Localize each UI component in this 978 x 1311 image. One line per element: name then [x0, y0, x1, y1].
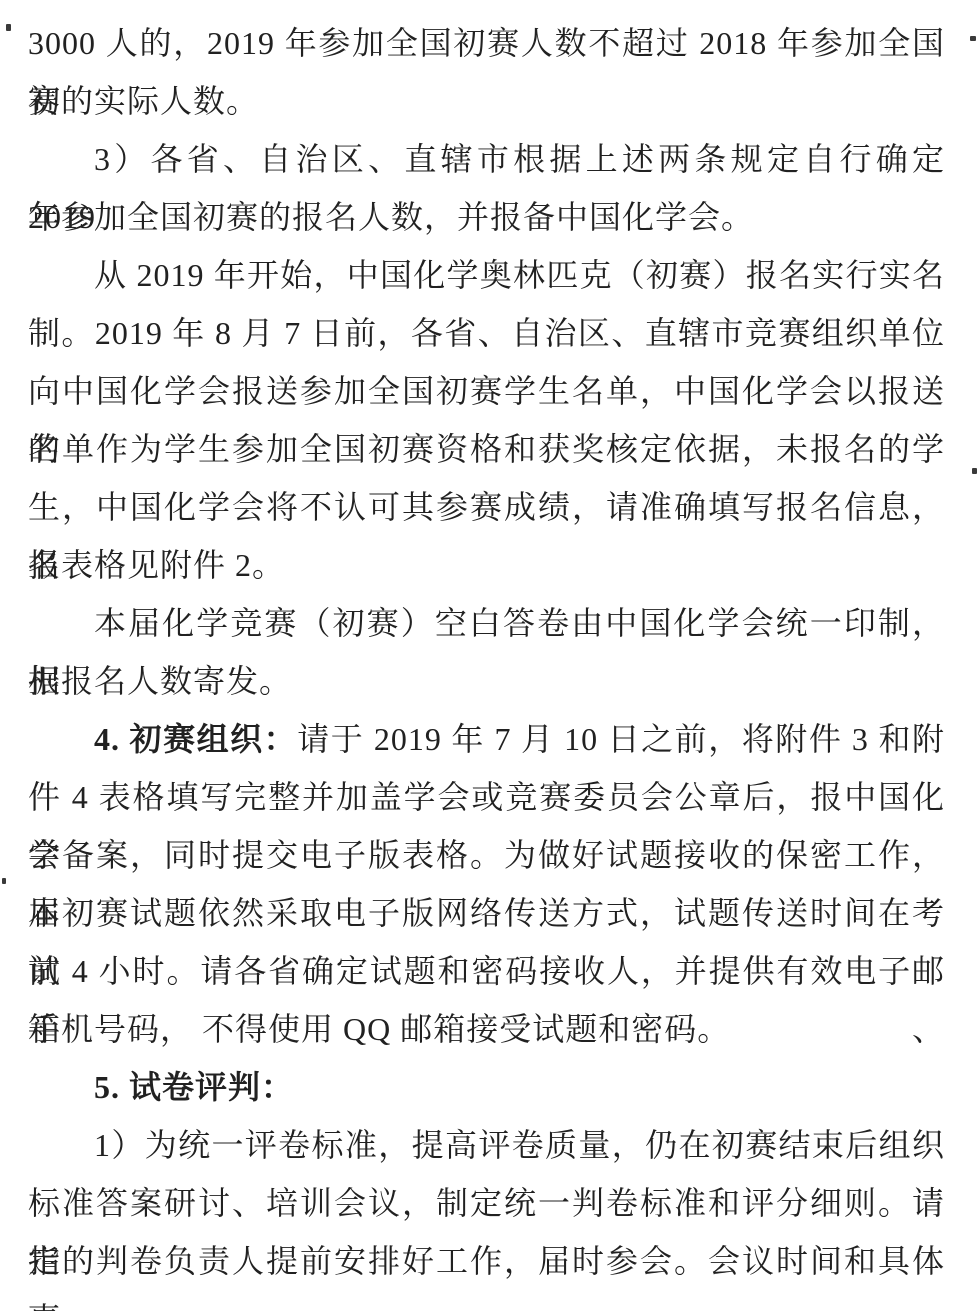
- scan-artifact: [972, 468, 977, 474]
- scan-artifact: [2, 878, 6, 884]
- text-line: 标准答案研讨、培训会议，制定统一判卷标准和评分细则。请指: [28, 1174, 945, 1232]
- text-line: 届初赛试题依然采取电子版网络传送方式，试题传送时间在考试: [28, 884, 945, 942]
- scan-artifact: [970, 36, 976, 41]
- text-line: 3000 人的，2019 年参加全国初赛人数不超过 2018 年参加全国初: [28, 14, 945, 72]
- text-line: 向中国化学会报送参加全国初赛学生名单，中国化学会以报送的: [28, 362, 945, 420]
- text-line: 生，中国化学会将不认可其参赛成绩，请准确填写报名信息，报: [28, 478, 945, 536]
- text-line: 会备案，同时提交电子版表格。为做好试题接收的保密工作，本: [28, 826, 945, 884]
- text-line: 1）为统一评卷标准，提高评卷质量，仍在初赛结束后组织: [28, 1116, 945, 1174]
- text-line-continuation: 请于 2019 年 7 月 10 日之前，将附件 3 和附: [297, 721, 945, 757]
- text-line: 4. 初赛组织：请于 2019 年 7 月 10 日之前，将附件 3 和附: [28, 710, 945, 768]
- text-line: 前 4 小时。请各省确定试题和密码接收人，并提供有效电子邮箱、: [28, 942, 945, 1000]
- text-line: 本届化学竞赛（初赛）空白答卷由中国化学会统一印制，根: [28, 594, 945, 652]
- text-line: 年参加全国初赛的报名人数，并报备中国化学会。: [28, 188, 945, 246]
- document-page: 3000 人的，2019 年参加全国初赛人数不超过 2018 年参加全国初 赛的…: [28, 14, 945, 1290]
- text-line: 从 2019 年开始，中国化学奥林匹克（初赛）报名实行实名: [28, 246, 945, 304]
- section-5-heading: 5. 试卷评判：: [94, 1069, 294, 1105]
- text-line: 制。2019 年 8 月 7 日前，各省、自治区、直辖市竞赛组织单位: [28, 304, 945, 362]
- text-line: 名表格见附件 2。: [28, 536, 945, 594]
- text-line: 赛的实际人数。: [28, 72, 945, 130]
- scan-artifact: [6, 24, 11, 31]
- text-line: 名单作为学生参加全国初赛资格和获奖核定依据，未报名的学: [28, 420, 945, 478]
- text-line: 3）各省、自治区、直辖市根据上述两条规定自行确定 2019: [28, 130, 945, 188]
- section-4-heading: 4. 初赛组织：: [94, 721, 297, 757]
- text-line: 5. 试卷评判：: [28, 1058, 945, 1116]
- text-line: 据报名人数寄发。: [28, 652, 945, 710]
- text-line: 定的判卷负责人提前安排好工作，届时参会。会议时间和具体事: [28, 1232, 945, 1290]
- text-line: 件 4 表格填写完整并加盖学会或竞赛委员会公章后，报中国化学: [28, 768, 945, 826]
